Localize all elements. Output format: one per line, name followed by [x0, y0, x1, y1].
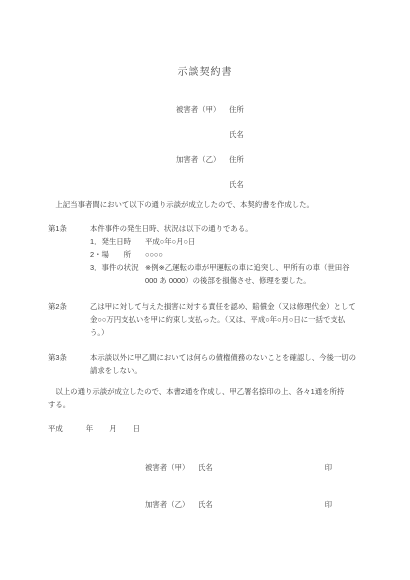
article-2: 第2条 乙は甲に対して与えた損害に対する責任を認め、賠償金（又は修理代金）として… — [48, 300, 362, 339]
incident-situation-label: 3．事件の状況 — [90, 261, 145, 287]
offender-role-spacer — [176, 178, 229, 191]
offender-signature-row: 加害者（乙） 氏名 印 — [145, 498, 332, 511]
offender-name-row: 氏名 — [176, 178, 362, 191]
victim-name-label: 氏名 — [229, 128, 244, 141]
incident-datetime-row: 1．発生日時 平成○年○月○日 — [90, 235, 362, 248]
document-title: 示談契約書 — [48, 66, 362, 79]
article-2-label: 第2条 — [48, 300, 90, 339]
incident-datetime-label: 1．発生日時 — [90, 235, 145, 248]
incident-datetime-value: 平成○年○月○日 — [145, 235, 362, 248]
date-year-label: 年 — [86, 422, 93, 435]
article-2-text: 乙は甲に対して与えた損害に対する責任を認め、賠償金（又は修理代金）として 金○○… — [90, 300, 362, 339]
incident-situation-row: 3．事件の状況 ※例※乙運転の車が甲運転の車に追突し、甲所有の車（世田谷 000… — [90, 261, 362, 287]
incident-place-row: 2・場 所 ○○○○ — [90, 248, 362, 261]
article-1-label: 第1条 — [48, 222, 90, 235]
parties-block: 被害者（甲） 住所 氏名 加害者（乙） 住所 氏名 — [176, 103, 362, 191]
victim-signature-name-label: 氏名 — [198, 461, 213, 474]
offender-address-label: 住所 — [229, 153, 244, 166]
offender-seal-label: 印 — [325, 498, 332, 511]
settlement-agreement-document: 示談契約書 被害者（甲） 住所 氏名 加害者（乙） 住所 氏名 上記当事者間にお… — [0, 0, 410, 580]
victim-seal-label: 印 — [325, 461, 332, 474]
article-2-header: 第2条 乙は甲に対して与えた損害に対する責任を認め、賠償金（又は修理代金）として… — [48, 300, 362, 339]
victim-signature-role: 被害者（甲） — [145, 461, 198, 474]
article-1-header: 第1条 本件事件の発生日時、状況は以下の通りである。 — [48, 222, 362, 235]
date-day-label: 日 — [133, 422, 140, 435]
victim-role-label: 被害者（甲） — [176, 103, 229, 116]
incident-situation-value: ※例※乙運転の車が甲運転の車に追突し、甲所有の車（世田谷 000 あ 0000）… — [145, 261, 362, 287]
article-1-items: 1．発生日時 平成○年○月○日 2・場 所 ○○○○ 3．事件の状況 ※例※乙運… — [90, 235, 362, 287]
victim-name-row: 氏名 — [176, 128, 362, 141]
offender-name-label: 氏名 — [229, 178, 244, 191]
offender-signature-name-label: 氏名 — [198, 498, 213, 511]
offender-signature-role: 加害者（乙） — [145, 498, 198, 511]
article-3-header: 第3条 本示談以外に甲乙間においては何らの債権債務のないことを確認し、今後一切の… — [48, 351, 362, 377]
article-3-label: 第3条 — [48, 351, 90, 377]
victim-signature-row: 被害者（甲） 氏名 印 — [145, 461, 332, 474]
incident-place-value: ○○○○ — [145, 248, 362, 261]
article-3-text: 本示談以外に甲乙間においては何らの債権債務のないことを確認し、今後一切の 請求を… — [90, 351, 362, 377]
article-1-text: 本件事件の発生日時、状況は以下の通りである。 — [90, 222, 362, 235]
offender-address-row: 加害者（乙） 住所 — [176, 153, 362, 166]
date-era-label: 平成 — [48, 422, 63, 435]
date-month-label: 月 — [109, 422, 116, 435]
date-line: 平成 年 月 日 — [48, 422, 362, 435]
closing-paragraph: 以上の通り示談が成立したので、本書2通を作成し、甲乙署名捺印の上、各々1通を所持… — [48, 385, 362, 411]
article-1: 第1条 本件事件の発生日時、状況は以下の通りである。 1．発生日時 平成○年○月… — [48, 222, 362, 287]
victim-role-spacer — [176, 128, 229, 141]
victim-address-label: 住所 — [229, 103, 244, 116]
incident-place-label: 2・場 所 — [90, 248, 145, 261]
article-3: 第3条 本示談以外に甲乙間においては何らの債権債務のないことを確認し、今後一切の… — [48, 351, 362, 377]
intro-paragraph: 上記当事者間において以下の通り示談が成立したので、本契約書を作成した。 — [48, 198, 362, 211]
offender-role-label: 加害者（乙） — [176, 153, 229, 166]
victim-address-row: 被害者（甲） 住所 — [176, 103, 362, 116]
